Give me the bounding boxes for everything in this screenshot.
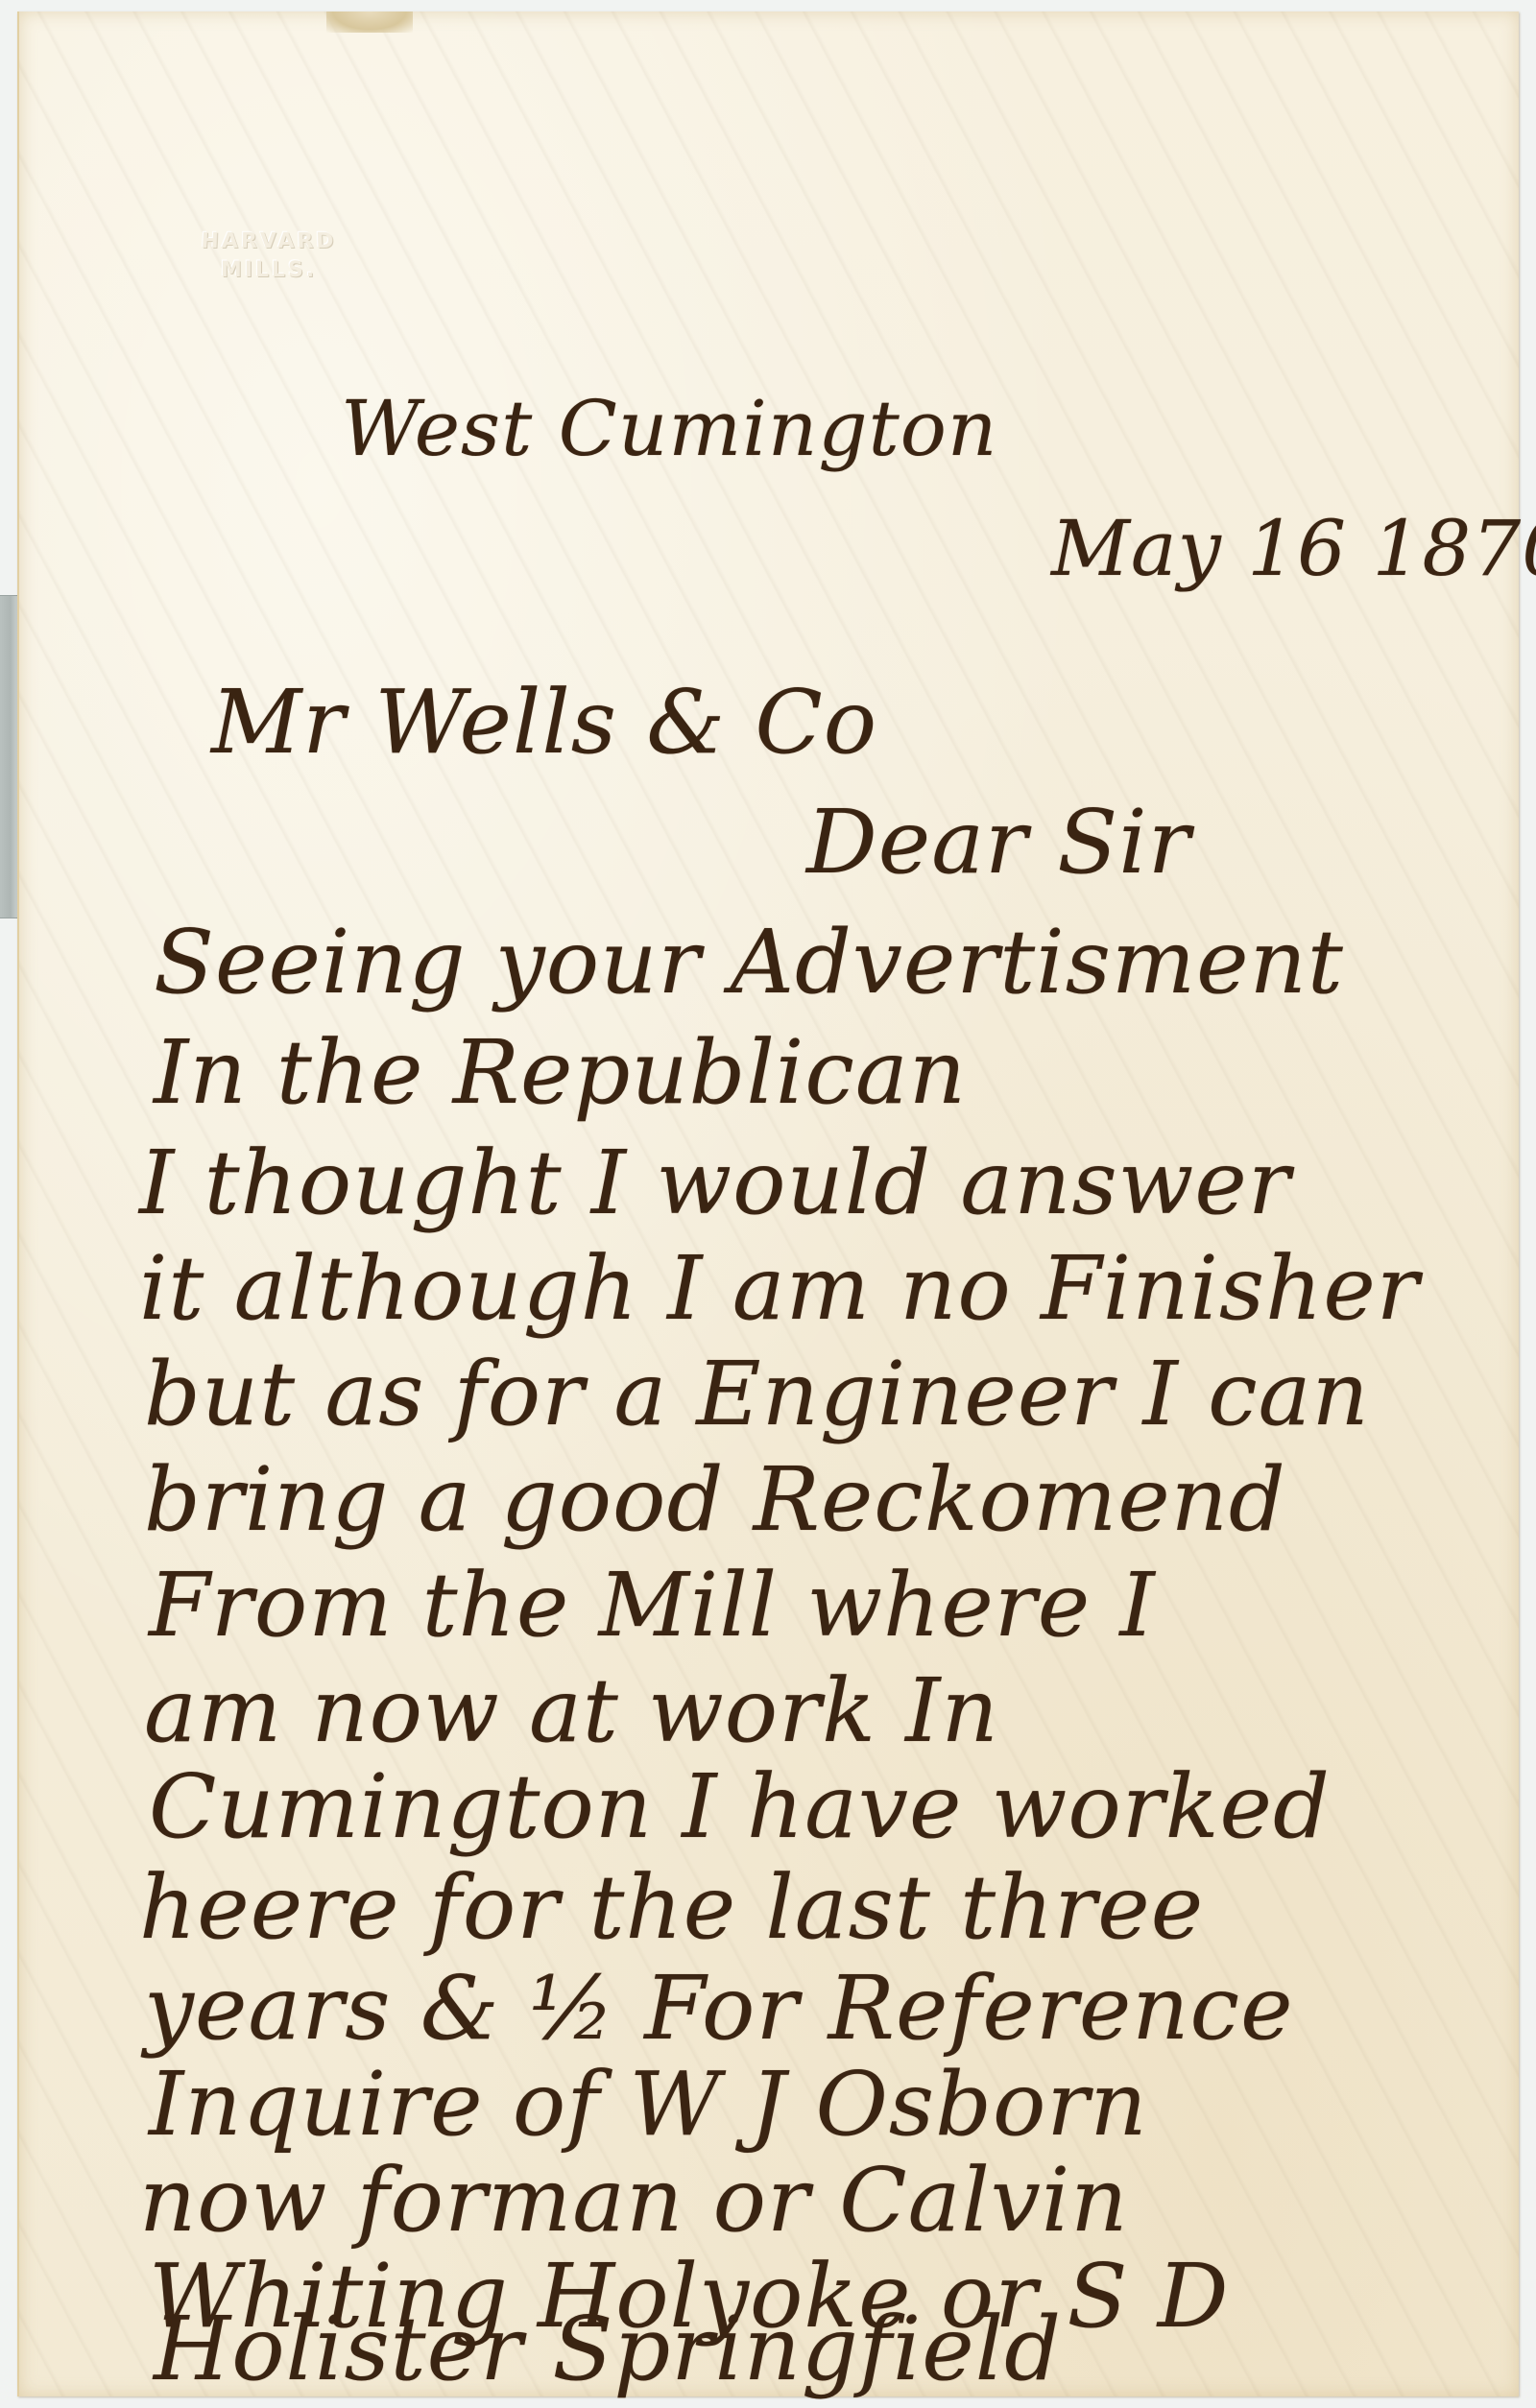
body-line: In the Republican	[154, 1029, 967, 1117]
body-line: I thought I would answer	[139, 1139, 1291, 1228]
body-line: From the Mill where I	[149, 1562, 1156, 1650]
body-line: now forman or Calvin	[139, 2157, 1129, 2245]
heading-place: West Cumington	[341, 391, 997, 467]
body-line: years & ½ For Reference	[144, 1965, 1294, 2053]
emboss-line-1: HARVARD	[172, 227, 367, 256]
addressee: Mr Wells & Co	[211, 679, 877, 767]
backing-tab	[0, 595, 17, 918]
body-line: Holister Springfield	[154, 2305, 1062, 2394]
body-line: Seeing your Advertisment	[154, 918, 1344, 1007]
body-line: heere for the last three	[139, 1864, 1204, 1952]
embossed-stamp: HARVARD MILLS.	[173, 227, 365, 285]
body-line: bring a good Reckomend	[144, 1456, 1286, 1544]
salutation: Dear Sir	[806, 799, 1191, 887]
letter-page: HARVARD MILLS. West Cumington May 16 187…	[17, 12, 1519, 2396]
body-line: am now at work In	[144, 1667, 999, 1755]
body-line: Inquire of W J Osborn	[149, 2061, 1148, 2149]
body-line: Cumington I have worked	[149, 1763, 1331, 1851]
torn-edge	[326, 12, 413, 33]
body-line: it although I am no Finisher	[139, 1245, 1420, 1333]
heading-date: May 16 1870	[1051, 511, 1536, 587]
emboss-line-2: MILLS.	[221, 258, 317, 282]
body-line: but as for a Engineer I can	[144, 1350, 1370, 1439]
